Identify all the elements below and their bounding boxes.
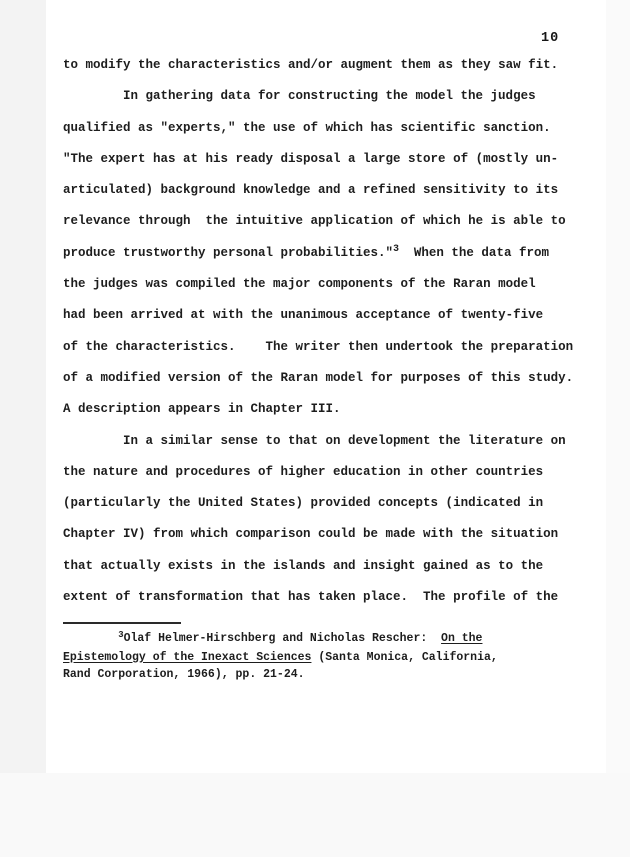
text-segment: to modify the characteristics and/or aug… [63, 58, 558, 72]
scanned-page: 10 to modify the characteristics and/or … [46, 0, 606, 773]
scan-bottom-margin [0, 773, 630, 857]
text-segment: of a modified version of the Raran model… [63, 371, 573, 385]
text-segment: Chapter IV) from which comparison could … [63, 527, 558, 541]
superscript-footnote-marker: 3 [393, 243, 399, 254]
text-line: qualified as "experts," the use of which… [63, 113, 573, 144]
text-line: articulated) background knowledge and a … [63, 175, 573, 206]
text-segment: (particularly the United States) provide… [63, 496, 543, 510]
text-line: the judges was compiled the major compon… [63, 269, 573, 300]
text-segment: "The expert has at his ready disposal a … [63, 152, 558, 166]
text-line: In gathering data for constructing the m… [63, 81, 573, 112]
text-segment: of the characteristics. The writer then … [63, 340, 573, 354]
text-segment: the judges was compiled the major compon… [63, 277, 536, 291]
text-segment: had been arrived at with the unanimous a… [63, 308, 543, 322]
text-line: "The expert has at his ready disposal a … [63, 144, 573, 175]
text-line: 3Olaf Helmer-Hirschberg and Nicholas Res… [63, 630, 498, 649]
text-segment: In gathering data for constructing the m… [123, 89, 536, 103]
text-segment: Olaf Helmer-Hirschberg and Nicholas Resc… [124, 632, 441, 645]
text-line: (particularly the United States) provide… [63, 488, 573, 519]
footnote-separator-rule [63, 622, 181, 624]
text-segment: When the data from [399, 246, 549, 260]
document-body: to modify the characteristics and/or aug… [63, 50, 573, 613]
underlined-title: Epistemology of the Inexact Sciences [63, 651, 311, 664]
text-segment: the nature and procedures of higher educ… [63, 465, 543, 479]
text-segment: A description appears in Chapter III. [63, 402, 341, 416]
text-segment: relevance through the intuitive applicat… [63, 214, 566, 228]
text-line: relevance through the intuitive applicat… [63, 206, 573, 237]
text-line: had been arrived at with the unanimous a… [63, 300, 573, 331]
superscript-footnote-marker: 3 [118, 630, 123, 640]
text-line: to modify the characteristics and/or aug… [63, 50, 573, 81]
text-segment: qualified as "experts," the use of which… [63, 121, 551, 135]
text-line: of a modified version of the Raran model… [63, 363, 573, 394]
text-segment: articulated) background knowledge and a … [63, 183, 558, 197]
underlined-title: On the [441, 632, 482, 645]
scan-left-margin [0, 0, 46, 857]
text-segment: (Santa Monica, California, [311, 651, 497, 664]
text-line: In a similar sense to that on developmen… [63, 426, 573, 457]
page-number: 10 [541, 31, 559, 46]
text-line: Rand Corporation, 1966), pp. 21-24. [63, 666, 498, 684]
text-line: that actually exists in the islands and … [63, 551, 573, 582]
text-segment: produce trustworthy personal probabiliti… [63, 246, 393, 260]
text-line: A description appears in Chapter III. [63, 394, 573, 425]
text-segment: Rand Corporation, 1966), pp. 21-24. [63, 668, 305, 681]
footnote: 3Olaf Helmer-Hirschberg and Nicholas Res… [63, 630, 498, 684]
text-segment: extent of transformation that has taken … [63, 590, 558, 604]
text-segment: that actually exists in the islands and … [63, 559, 543, 573]
text-line: Epistemology of the Inexact Sciences (Sa… [63, 649, 498, 667]
text-line: Chapter IV) from which comparison could … [63, 519, 573, 550]
text-line: extent of transformation that has taken … [63, 582, 573, 613]
text-line: of the characteristics. The writer then … [63, 332, 573, 363]
text-segment: In a similar sense to that on developmen… [123, 434, 566, 448]
text-line: the nature and procedures of higher educ… [63, 457, 573, 488]
text-line: produce trustworthy personal probabiliti… [63, 238, 573, 269]
